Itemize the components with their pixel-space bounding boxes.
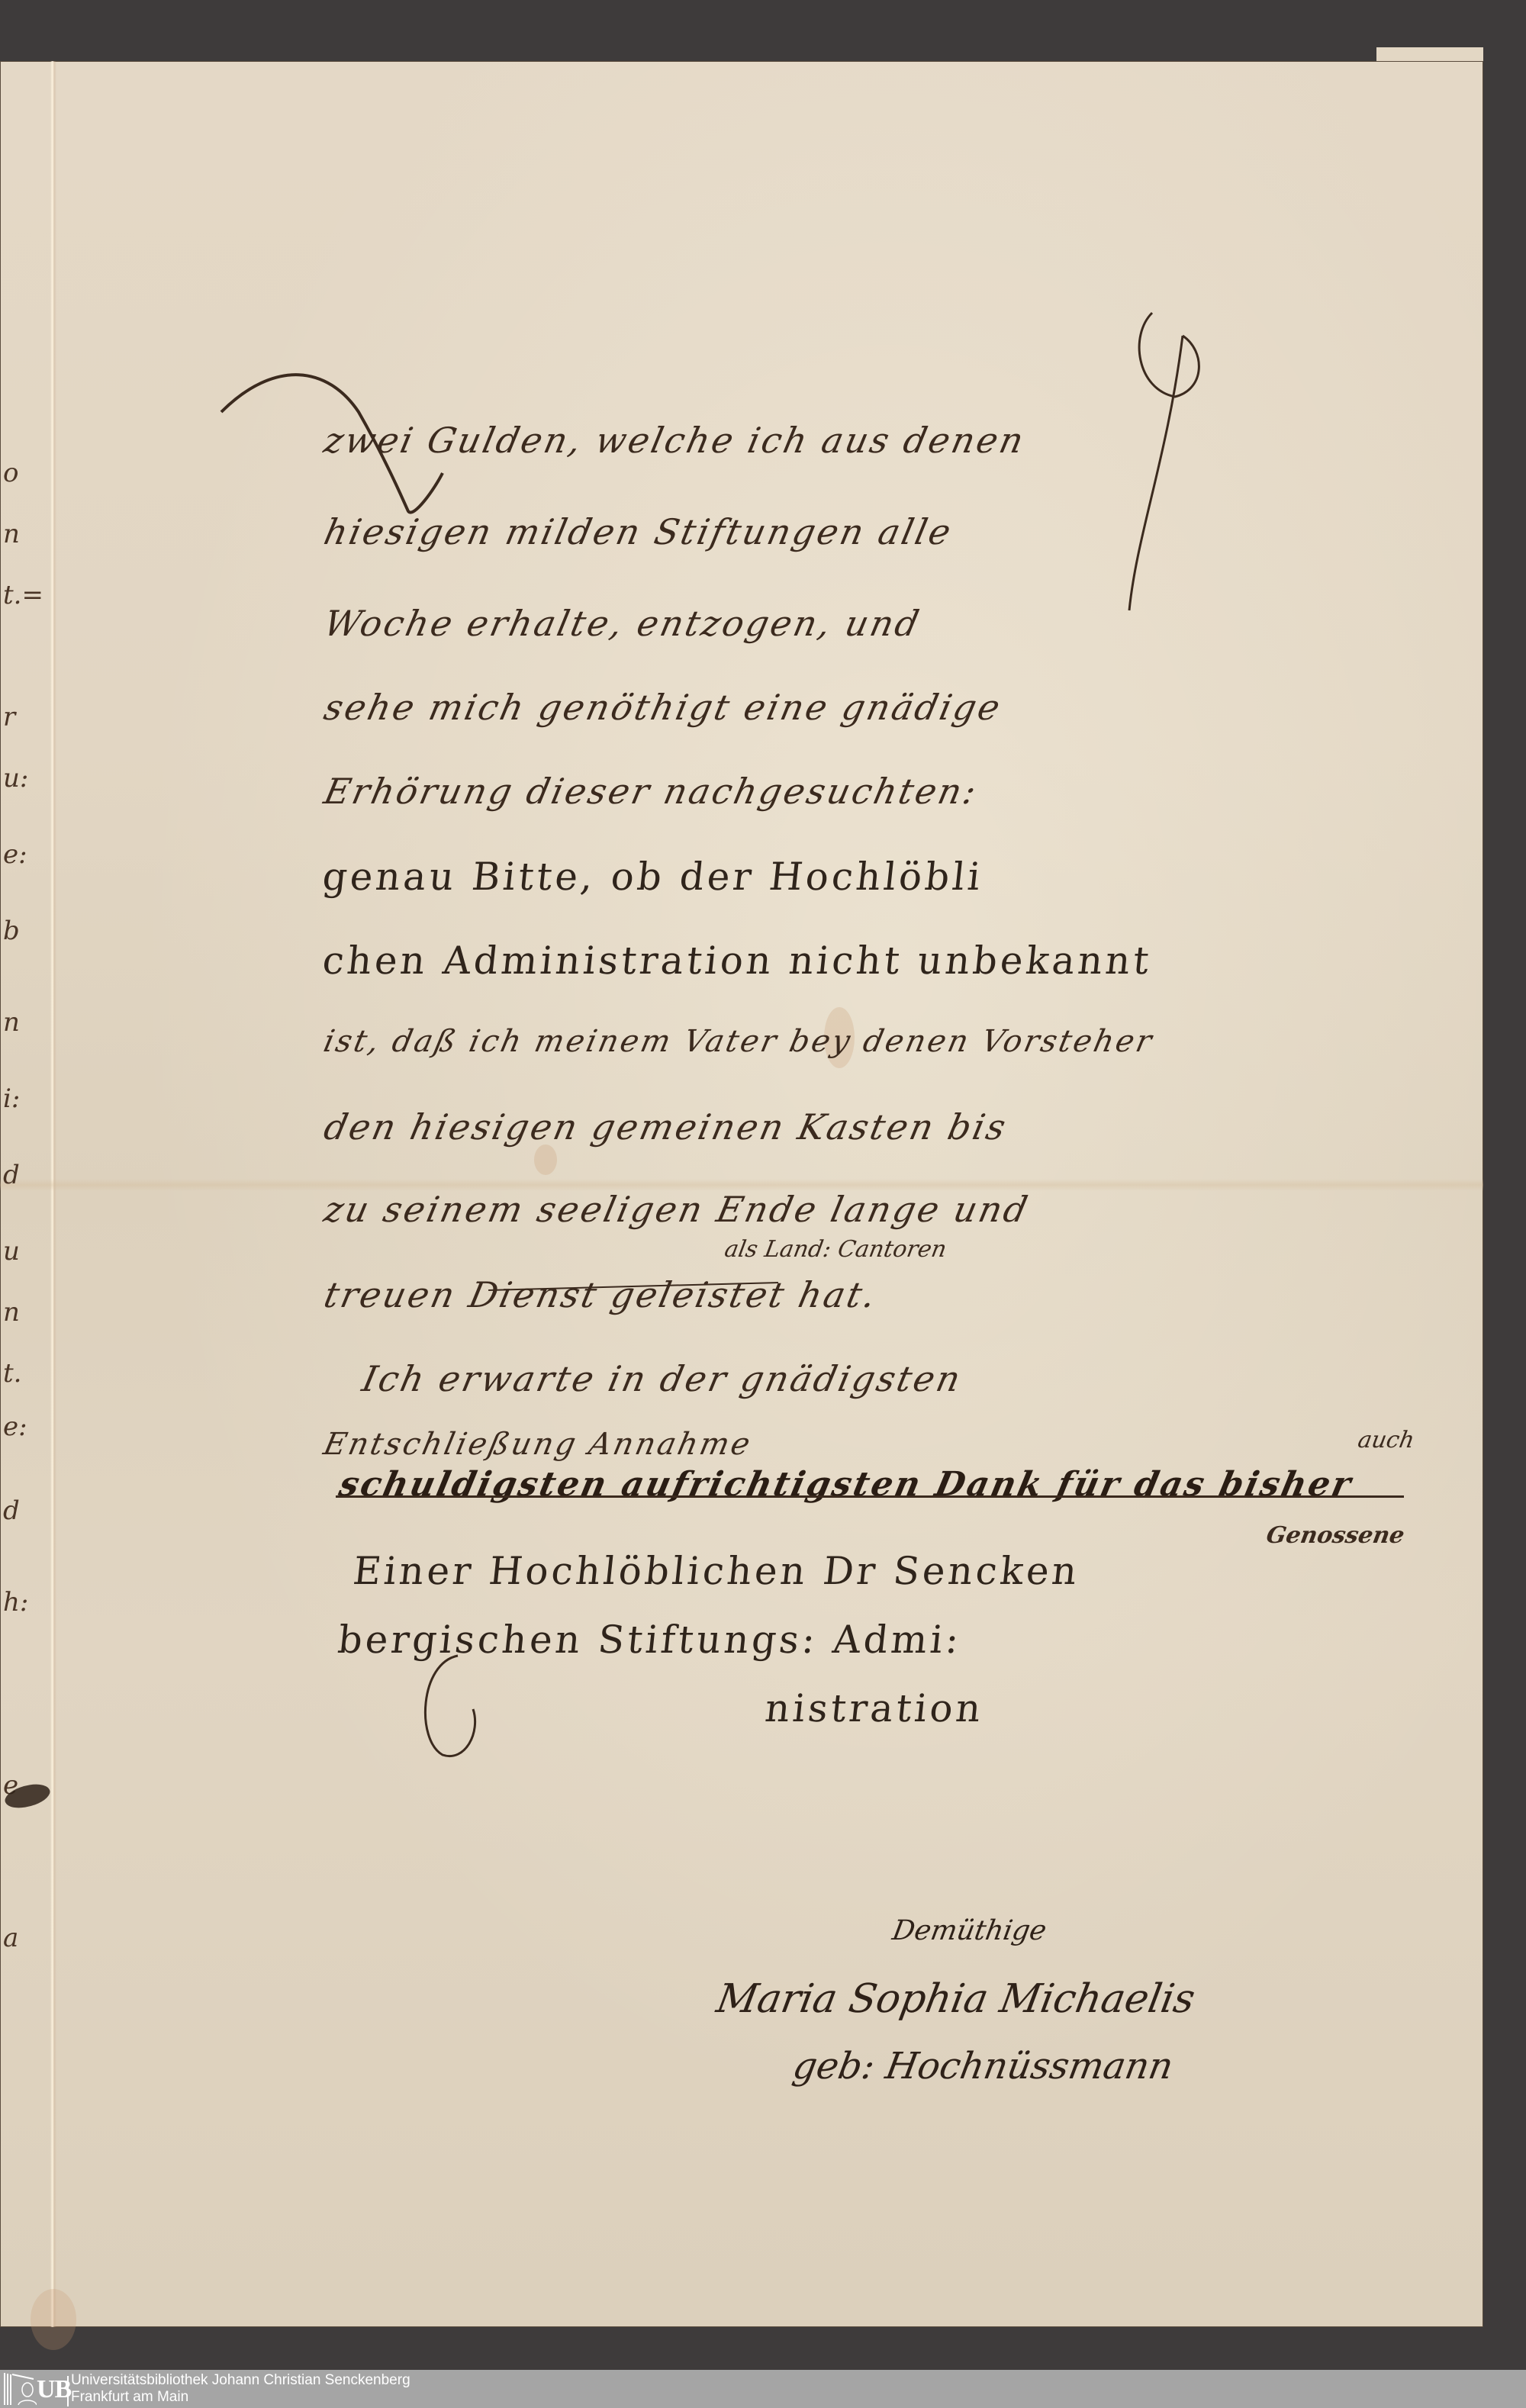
signature-maiden-name: geb: Hochnüssmann	[790, 2045, 1177, 2088]
manuscript-line: genau Bitte, ob der Hochlöbli	[320, 855, 1454, 899]
portrait-logo-icon	[3, 2371, 37, 2406]
manuscript-page: o n t.= r u: e: b n i: d u n t. e: d h: …	[0, 61, 1483, 2327]
margin-fragment: o	[3, 458, 18, 488]
closing-salutation: Demüthige	[890, 1915, 1048, 1946]
margin-fragment: h:	[3, 1587, 28, 1618]
manuscript-line: hiesigen milden Stiftungen alle	[320, 511, 1458, 552]
manuscript-line: Ich erwarte in der gnädigsten	[359, 1358, 1496, 1399]
address-line: nistration	[763, 1686, 1526, 1730]
struck-line-superscript: auch	[1356, 1427, 1417, 1453]
margin-fragment: d	[3, 1160, 20, 1190]
margin-fragment: e:	[3, 1412, 27, 1442]
library-credit: Universitätsbibliothek Johann Christian …	[71, 2372, 410, 2406]
institution-city: Frankfurt am Main	[71, 2389, 410, 2406]
library-footer: UB Universitätsbibliothek Johann Christi…	[0, 2370, 1526, 2408]
library-logo: UB	[3, 2371, 67, 2406]
vertical-fold-crease	[50, 61, 56, 2327]
manuscript-line: zwei Gulden, welche ich aus denen	[320, 420, 1458, 461]
margin-fragment: a	[3, 1923, 18, 1953]
manuscript-line: Woche erhalte, entzogen, und	[320, 603, 1458, 644]
manuscript-line: Erhörung dieser nachgesuchten:	[320, 771, 1458, 812]
margin-fragment: b	[3, 916, 20, 946]
struck-line: schuldigsten aufrichtigsten Dank für das…	[336, 1465, 1473, 1504]
institution-name: Universitätsbibliothek Johann Christian …	[71, 2372, 410, 2389]
foxing-stain	[31, 2289, 76, 2350]
margin-fragment: u:	[3, 763, 28, 794]
ub-logo-text: UB	[37, 2376, 71, 2403]
manuscript-line: treuen Dienst geleistet hat.	[320, 1274, 1458, 1315]
manuscript-line: Entschließung Annahme	[320, 1427, 1457, 1462]
address-line: Einer Hochlöblichen Dr Sencken	[351, 1549, 1485, 1593]
margin-fragment: t.=	[3, 580, 43, 610]
margin-fragment: n	[3, 1007, 20, 1038]
margin-fragment: r	[3, 702, 15, 732]
foxing-stain	[534, 1144, 557, 1175]
address-line: bergischen Stiftungs: Admi:	[336, 1618, 1470, 1662]
manuscript-line: sehe mich genöthigt eine gnädige	[320, 687, 1458, 728]
margin-fragment: n	[3, 1297, 20, 1328]
interlinear-insertion: als Land: Cantoren	[723, 1236, 948, 1263]
margin-fragment: n	[3, 519, 20, 549]
margin-fragment: e:	[3, 839, 27, 870]
struck-line-subscript: Genossene	[1264, 1522, 1406, 1549]
margin-fragment: t.	[3, 1358, 21, 1389]
ascender-flourish	[1122, 305, 1213, 626]
manuscript-line: den hiesigen gemeinen Kasten bis	[320, 1106, 1458, 1148]
strikethrough-stroke	[336, 1495, 1404, 1498]
manuscript-line: ist, daß ich meinem Vater bey denen Vors…	[320, 1024, 1457, 1059]
logo-divider	[67, 2376, 69, 2406]
margin-fragment: d	[3, 1495, 20, 1526]
signature-name: Maria Sophia Michaelis	[713, 1976, 1199, 2022]
margin-fragment: i:	[3, 1083, 20, 1114]
manuscript-line: chen Administration nicht unbekannt	[320, 938, 1454, 983]
manuscript-line: zu seinem seeligen Ende lange und	[320, 1189, 1458, 1230]
address-initial-flourish	[412, 1648, 504, 1770]
margin-fragment: u	[3, 1236, 20, 1267]
